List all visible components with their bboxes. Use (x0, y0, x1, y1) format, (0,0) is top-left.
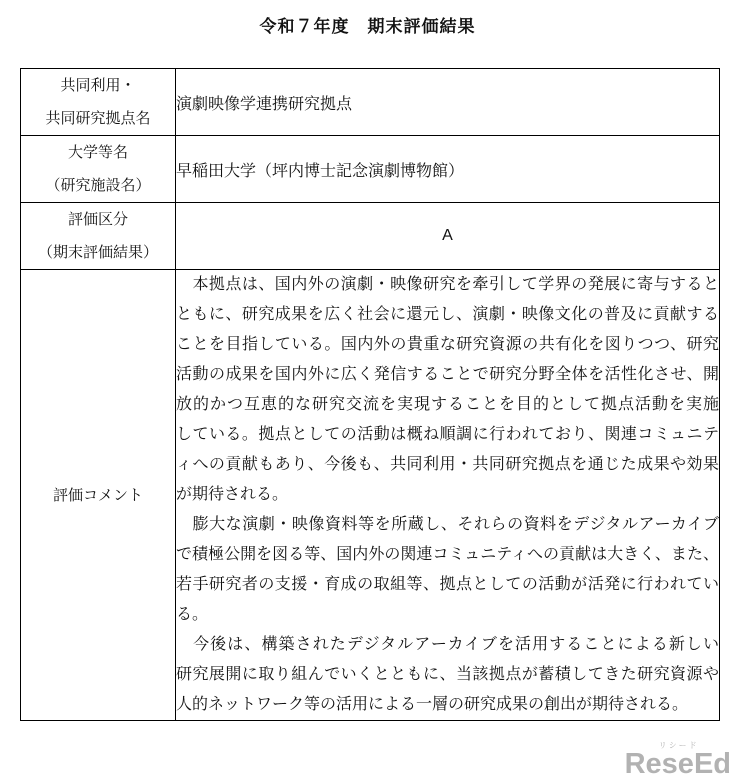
evaluation-comment-value: 本拠点は、国内外の演劇・映像研究を牽引して学界の発展に寄与すると ともに、研究成… (176, 270, 720, 721)
evaluation-grade-value: A (176, 203, 720, 270)
comment-line: 膨大な演劇・映像資料等を所蔵し、それらの資料をデジタルアーカイブ (176, 510, 719, 540)
comment-line: 今後は、構築されたデジタルアーカイブを活用することによる新しい (176, 630, 719, 660)
comment-line: ことを目指している。国内外の貴重な研究資源の共有化を図りつつ、研究 (176, 330, 719, 360)
evaluation-comment-label: 評価コメント (21, 270, 176, 721)
label-line: 共同研究拠点名 (21, 102, 175, 135)
label-line: 共同利用・ (21, 69, 175, 102)
comment-line: 活動の成果を国内外に広く発信することで研究分野全体を活性化させ、開 (176, 360, 719, 390)
label-line: 評価区分 (21, 203, 175, 236)
comment-line: している。拠点としての活動は概ね順調に行われており、関連コミュニテ (176, 420, 719, 450)
comment-line: が期待される。 (176, 480, 719, 510)
label-line: （期末評価結果） (21, 236, 175, 269)
comment-line: 若手研究者の支援・育成の取組等、拠点としての活動が活発に行われてい (176, 570, 719, 600)
label-line: （研究施設名） (21, 169, 175, 202)
joint-use-center-name-value: 演劇映像学連携研究拠点 (176, 69, 720, 136)
comment-line: 放的かつ互恵的な研究交流を実現することを目的として拠点活動を実施 (176, 390, 719, 420)
table-row: 大学等名 （研究施設名） 早稲田大学（坪内博士記念演劇博物館） (21, 136, 720, 203)
comment-line: 人的ネットワーク等の活用による一層の研究成果の創出が期待される。 (176, 690, 719, 720)
table-row: 評価コメント 本拠点は、国内外の演劇・映像研究を牽引して学界の発展に寄与すると … (21, 270, 720, 721)
comment-line: ともに、研究成果を広く社会に還元し、演劇・映像文化の普及に貢献する (176, 300, 719, 330)
comment-line: で積極公開を図る等、国内外の関連コミュニティへの貢献は大きく、また、 (176, 540, 719, 570)
evaluation-result-table: 共同利用・ 共同研究拠点名 演劇映像学連携研究拠点 大学等名 （研究施設名） 早… (20, 68, 720, 721)
evaluation-category-label: 評価区分 （期末評価結果） (21, 203, 176, 270)
page-title: 令和７年度 期末評価結果 (0, 12, 735, 37)
reseed-logo: リシード ReseEd (625, 742, 731, 779)
comment-line: ィへの貢献もあり、今後も、共同利用・共同研究拠点を通じた成果や効果 (176, 450, 719, 480)
comment-line: 本拠点は、国内外の演劇・映像研究を牽引して学界の発展に寄与すると (176, 270, 719, 300)
joint-use-center-name-label: 共同利用・ 共同研究拠点名 (21, 69, 176, 136)
reseed-logo-text: ReseEd (625, 750, 731, 779)
label-line: 大学等名 (21, 136, 175, 169)
table-row: 評価区分 （期末評価結果） A (21, 203, 720, 270)
table-row: 共同利用・ 共同研究拠点名 演劇映像学連携研究拠点 (21, 69, 720, 136)
comment-line: る。 (176, 600, 719, 630)
university-name-value: 早稲田大学（坪内博士記念演劇博物館） (176, 136, 720, 203)
university-name-label: 大学等名 （研究施設名） (21, 136, 176, 203)
comment-line: 研究展開に取り組んでいくとともに、当該拠点が蓄積してきた研究資源や (176, 660, 719, 690)
